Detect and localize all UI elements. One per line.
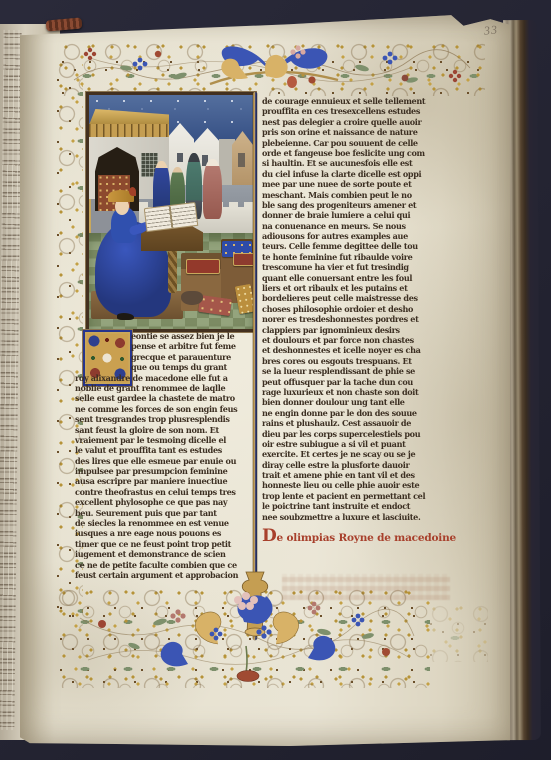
manuscript-text-line: ce ne de petite faculte combien que ce [75,560,268,570]
figure-woman-in-rose [203,159,222,219]
manuscript-text-line: trop lente et pacient en permettant cel [262,491,468,501]
manuscript-text-line: et deshonnestes et icelle noyer es cha [262,345,468,355]
manuscript-text-line: exercite. Et certes je ne scay ou se je [262,449,468,459]
manuscript-text-line: trescomune ha vier et fut tresindig [262,262,468,272]
manuscript-text-line: timer que ce ne feust point trop petit [75,539,268,549]
red-book [186,259,220,274]
manuscript-text-line: honneste lieu ou celle phie auoir este [262,480,468,490]
manuscript-text-line: roy alixandre de macedone elle fut a [75,373,268,383]
lectern-post [168,245,177,293]
manuscript-text-line: noblie de grant renommee de laqlle [75,383,268,393]
house-window [238,153,245,167]
manuscript-text-line: dieu par les corps supercelestiels pou [262,429,468,439]
manuscript-text-line: le valut et prouffita tant es estudes [75,445,268,455]
manuscript-text-line: excellent phylosophe ce que pas nay [75,497,268,507]
manuscript-text-line: peut offusquer par la tache dun cou [262,377,468,387]
manuscript-text-line: sant feust la gloire de son nom. Et [75,425,268,435]
manuscript-text-line: adiousons for autres examples aue [262,231,468,241]
manuscript-text-line: orde et fangeuse boe feslicite ung com [262,148,468,158]
manuscript-text-line: vraiement par le tesmoing dicelle el [75,435,268,445]
binding-headband [46,17,83,31]
facing-page-text-showthrough [0,30,22,730]
manuscript-text-line: pris son orine et naissance de nature [262,127,468,137]
manuscript-text-line: du ciel infuse la clarte dicelle est opp… [262,169,468,179]
manuscript-text-line: nee soubzmettre a luxure et lasciuite. [262,512,468,522]
miniature-painting [86,92,256,332]
manuscript-text-line: et doulours et par force non chastes [262,335,468,345]
manuscript-text-line: que ou temps du grant [131,362,268,372]
manuscript-text-line: teurs. Celle femme degittee delle tou [262,241,468,251]
manuscript-text-line: bien donner doulour ung tant elle [262,397,468,407]
manuscript-text-line: feust certain argument et approbacion [75,570,268,580]
right-column-lines: de courage ennuieux et selle tellementpr… [262,96,468,522]
left-text-column: eontie se assez bien je lepense et arbit… [75,331,268,580]
photograph-backdrop: 33 [0,0,551,760]
manuscript-text-line: te honte feminine fut ribaulde voire [262,252,468,262]
manuscript-text-line: grecque et parauenture [131,352,268,362]
manuscript-text-line: beu. Seurement puis que par tant [75,508,268,518]
manuscript-text-line: si haultin. Et se aucunesfois elle est [262,158,468,168]
manuscript-text-line: rains et plushaulz. Cest assauoir de [262,418,468,428]
bottom-border-extension [428,602,488,662]
headdress-plume [129,187,136,196]
red-book [233,253,255,266]
manuscript-page: 33 [20,14,510,746]
top-border-acanthus-ornament [60,38,485,94]
manuscript-text-line: de siecles la renommee en est venue [75,518,268,528]
manuscript-text-line: oir estre subiugue a si vil et puant [262,439,468,449]
manuscript-text-line: contre theofrastus en celui temps tres [75,487,268,497]
manuscript-text-line: pense et arbitre fut feme [131,341,268,351]
manuscript-text-line: sent tresgrandes trop plusresplendis [75,414,268,424]
manuscript-text-line: bres cores ou esgouts trespuans. Et [262,356,468,366]
manuscript-text-line: le poictrine tant instruite et endoct [262,501,468,511]
manuscript-text-line: ne engin donne par le don des souue [262,408,468,418]
manuscript-text-line: bordelieres peut celle maistresse des [262,293,468,303]
manuscript-text-line: nest pas delegier a croire quelle auoir [262,117,468,127]
right-text-column: de courage ennuieux et selle tellementpr… [262,96,468,545]
manuscript-text-line: trait et amene phie en tant vil et des [262,470,468,480]
manuscript-text-line: prouffita en ces tresexcellens estudes [262,106,468,116]
manuscript-text-line: selle eust gardee la chastete de matro [75,393,268,403]
manuscript-text-line: ble sang des progeniteurs amener et [262,200,468,210]
bottom-border-acanthus-ornament [68,588,428,688]
folio-number: 33 [483,22,498,38]
loggia-cornice-arcade [89,124,169,137]
manuscript-text-line: de courage ennuieux et selle tellement [262,96,468,106]
manuscript-text-line: rage luxurieux et non chaste son doit [262,387,468,397]
manuscript-text-line: donner de braie lumiere a celui qui [262,210,468,220]
book-pouch [181,291,203,305]
manuscript-text-line: mee par une nuee de sorte poute et [262,179,468,189]
manuscript-text-line: ausa escripre par maniere inuectiue [75,476,268,486]
manuscript-text-line: meschant. Mais combien peut le no [262,190,468,200]
manuscript-text-line: norer es tresdeshonnestes pordres et [262,314,468,324]
manuscript-text-line: choses philosophie ordoier et desho [262,304,468,314]
manuscript-text-line: liers et ort ribaulx et les putains et [262,283,468,293]
house-window [177,153,183,162]
manuscript-text-line: des lires que elle esmeue par enuie ou [75,456,268,466]
manuscript-text-line: quant elle conuersant entre les foul [262,273,468,283]
manuscript-text-line: ne comme les forces de son engin feus [75,404,268,414]
manuscript-text-line: na conuenance en meurs. Se nous [262,221,468,231]
manuscript-text-line: eontie se assez bien je le [131,331,268,341]
manuscript-text-line: impulsee par presumpcion feminine [75,466,268,476]
manuscript-text-line: diray celle estre la plusforte dauoir [262,460,468,470]
chapter-rubric: De olimpias Royne de macedoine [262,531,468,545]
manuscript-text-line: iugement et demonstrance de scien [75,549,268,559]
manuscript-text-line: iusques a nre eage nous pouons es [75,528,268,538]
manuscript-text-line: se la lueur resplendissant de phie se [262,366,468,376]
manuscript-text-line: plebeienne. Car pou souuent de celle [262,138,468,148]
black-shoe [117,313,134,320]
manuscript-text-line: clappiers par ignominieux desirs [262,325,468,335]
